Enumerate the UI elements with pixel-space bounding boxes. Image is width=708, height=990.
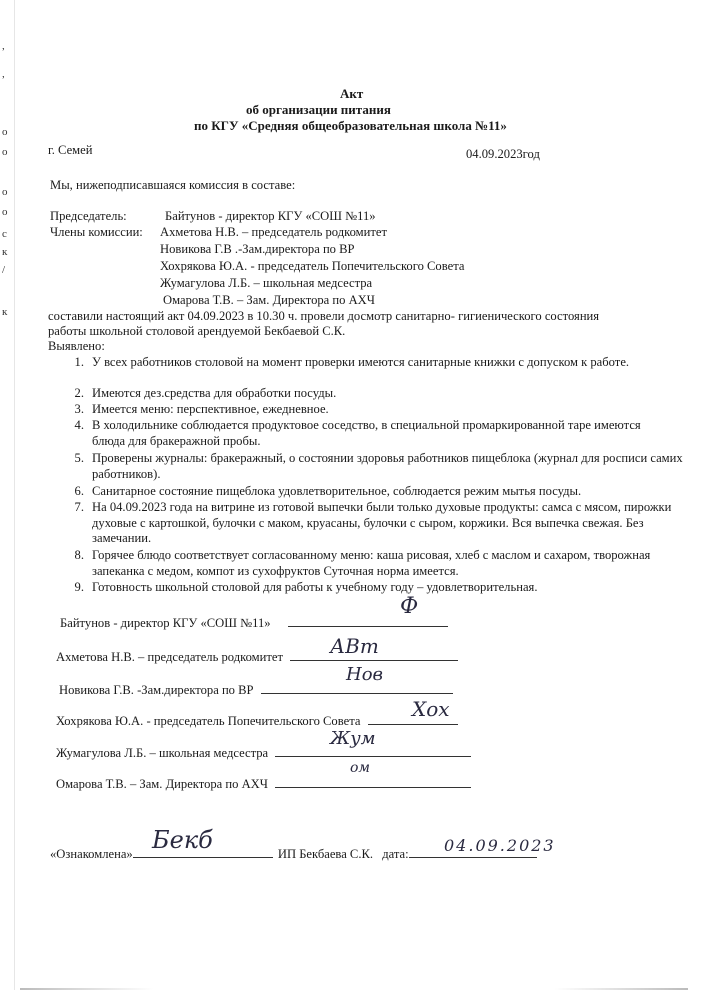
- handwritten-signature: Бекб: [152, 826, 213, 854]
- member-item: Жумагулова Л.Б. – школьная медсестра: [160, 276, 372, 291]
- handwritten-signature: Нов: [346, 664, 383, 685]
- signer-label: Байтунов - директор КГУ «СОШ №11»: [60, 616, 271, 630]
- signer-label: Омарова Т.В. – Зам. Директора по АХЧ: [56, 777, 268, 791]
- city: г. Семей: [48, 143, 92, 158]
- act-subtitle: об организации питания: [246, 102, 391, 118]
- organization-name: по КГУ «Средняя общеобразовательная школ…: [194, 118, 507, 134]
- chair-name: Байтунов - директор КГУ «СОШ №11»: [165, 209, 376, 224]
- acknowledged-label: «Ознакомлена»: [50, 847, 133, 861]
- signer-label: Жумагулова Л.Б. – школьная медсестра: [56, 746, 268, 760]
- signer-label: Новикова Г.В. -Зам.директора по ВР: [59, 683, 254, 697]
- finding-item: 1. У всех работников столовой на момент …: [70, 355, 690, 387]
- signature-row: Омарова Т.В. – Зам. Директора по АХЧ: [56, 775, 471, 792]
- findings-label: Выявлено:: [48, 339, 105, 354]
- signature-line: [275, 775, 471, 788]
- statement-line: работы школьной столовой арендуемой Бекб…: [48, 324, 345, 339]
- signature-line: [288, 614, 448, 627]
- act-title: Акт: [340, 86, 363, 102]
- handwritten-signature: Ф: [400, 594, 418, 619]
- signer-label: Хохрякова Ю.А. - председатель Попечитель…: [56, 714, 360, 728]
- handwritten-signature: АВт: [330, 634, 379, 658]
- member-item: Ахметова Н.В. – председатель родкомитет: [160, 225, 387, 240]
- handwritten-date: 04.09.2023: [444, 836, 556, 855]
- intro-text: Мы, нижеподписавшаяся комиссия в составе…: [50, 178, 295, 193]
- members-label: Члены комиссии:: [50, 225, 143, 240]
- acknowledged-name: ИП Бекбаева С.К.: [278, 847, 373, 861]
- member-item: Омарова Т.В. – Зам. Директора по АХЧ: [163, 293, 375, 308]
- chair-label: Председатель:: [50, 209, 127, 224]
- document-page: ,, оо оо ск /к Акт об организации питани…: [0, 0, 708, 990]
- signature-row: Хохрякова Ю.А. - председатель Попечитель…: [56, 712, 458, 729]
- date-label: дата:: [382, 847, 408, 861]
- signature-row: Жумагулова Л.Б. – школьная медсестра: [56, 744, 471, 761]
- statement-line: составили настоящий акт 04.09.2023 в 10.…: [48, 309, 599, 324]
- handwritten-signature: Жум: [330, 728, 376, 749]
- signature-row: Ахметова Н.В. – председатель родкомитет: [56, 648, 458, 665]
- signer-label: Ахметова Н.В. – председатель родкомитет: [56, 650, 283, 664]
- handwritten-signature: Хох: [412, 697, 450, 721]
- signature-row: Байтунов - директор КГУ «СОШ №11»: [60, 614, 448, 631]
- member-item: Новикова Г.В .-Зам.директора по ВР: [160, 242, 355, 257]
- signature-row: Новикова Г.В. -Зам.директора по ВР: [59, 681, 453, 698]
- handwritten-signature: ом: [350, 760, 370, 776]
- member-item: Хохрякова Ю.А. - председатель Попечитель…: [160, 259, 464, 274]
- left-page-edge: ,, оо оо ск /к: [0, 0, 15, 990]
- document-date: 04.09.2023год: [466, 147, 540, 162]
